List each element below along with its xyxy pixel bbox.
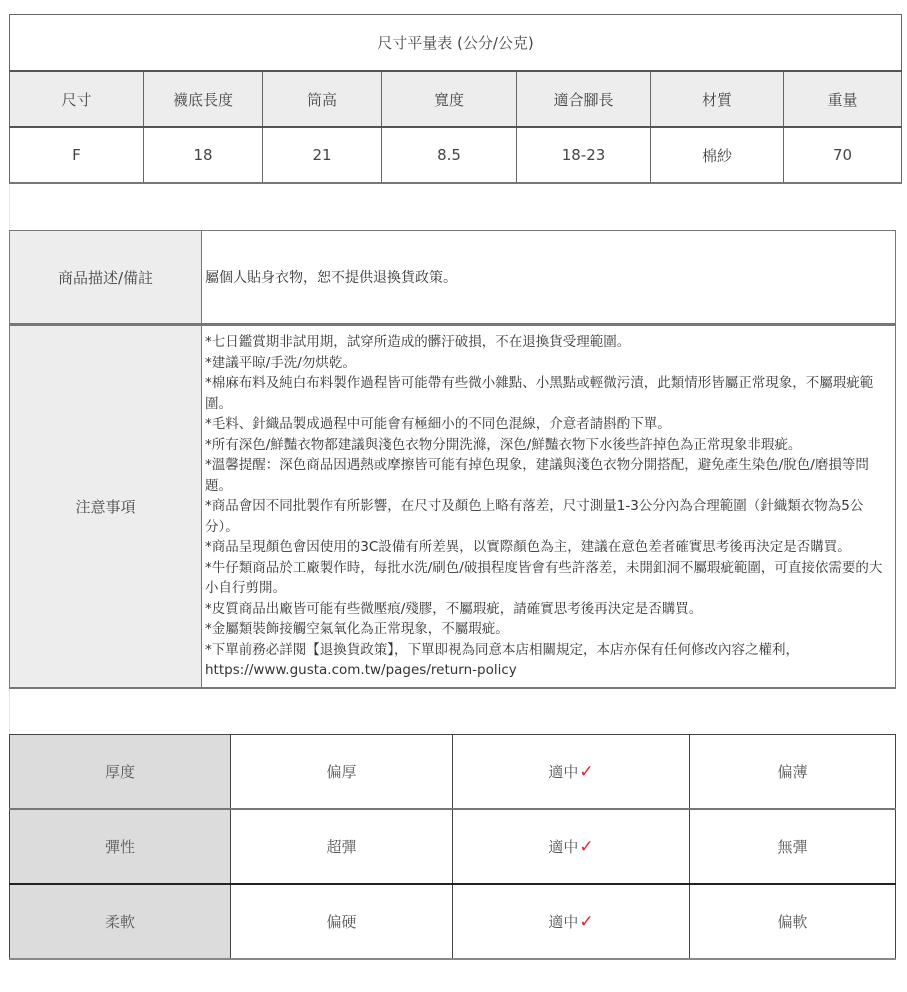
feel-label-softness: 柔軟 bbox=[10, 884, 231, 959]
feel-option: 偏厚 bbox=[231, 734, 453, 809]
table-row: F 18 21 8.5 18-23 棉紗 70 bbox=[10, 127, 902, 183]
feel-option: 超彈 bbox=[231, 809, 453, 884]
checkmark-icon: ✓ bbox=[579, 837, 593, 857]
checkmark-icon: ✓ bbox=[579, 912, 593, 932]
cell-cuff-height: 21 bbox=[263, 127, 382, 183]
header-sole-length: 襪底長度 bbox=[144, 71, 263, 127]
cell-sole-length: 18 bbox=[144, 127, 263, 183]
header-material: 材質 bbox=[651, 71, 784, 127]
feel-option: 無彈 bbox=[690, 809, 896, 884]
header-size: 尺寸 bbox=[10, 71, 144, 127]
note-item: *金屬類裝飾接觸空氣氧化為正常現象，不屬瑕疵。 bbox=[205, 619, 889, 640]
size-chart-title: 尺寸平量表 (公分/公克) bbox=[10, 15, 902, 72]
feel-option-label: 適中 bbox=[548, 838, 578, 856]
note-item: *下單前務必詳閱【退換貨政策】，下單即視為同意本店相關規定，本店亦保有任何修改內… bbox=[205, 640, 889, 661]
note-item: *溫馨提醒：深色商品因遇熱或摩擦皆可能有掉色現象，建議與淺色衣物分開搭配，避免產… bbox=[205, 455, 889, 496]
note-item: *皮質商品出廠皆可能有些微壓痕/殘膠，不屬瑕疵，請確實思考後再決定是否購買。 bbox=[205, 599, 889, 620]
note-item: *毛料、針織品製成過程中可能會有極細小的不同色混線，介意者請斟酌下單。 bbox=[205, 414, 889, 435]
note-item: *商品會因不同批製作有所影響，在尺寸及顏色上略有落差，尺寸測量1-3公分內為合理… bbox=[205, 496, 889, 537]
fabric-feel-table: 厚度 偏厚 適中✓ 偏薄 彈性 超彈 適中✓ 無彈 柔軟 偏硬 適中✓ 偏軟 bbox=[9, 734, 896, 960]
note-item: *建議平晾/手洗/勿烘乾。 bbox=[205, 353, 889, 374]
size-chart-header-row: 尺寸 襪底長度 筒高 寬度 適合腳長 材質 重量 bbox=[10, 71, 902, 127]
notes-label: 注意事項 bbox=[10, 325, 202, 688]
section-spacer bbox=[9, 184, 896, 230]
header-width: 寬度 bbox=[382, 71, 517, 127]
cell-width: 8.5 bbox=[382, 127, 517, 183]
notes-content: *七日鑑賞期非試用期，試穿所造成的髒汙破損，不在退換貨受理範圍。 *建議平晾/手… bbox=[202, 325, 896, 688]
description-label: 商品描述/備註 bbox=[10, 231, 202, 325]
header-cuff-height: 筒高 bbox=[263, 71, 382, 127]
feel-option-selected: 適中✓ bbox=[453, 734, 690, 809]
feel-option-label: 適中 bbox=[548, 763, 578, 781]
note-item: *七日鑑賞期非試用期，試穿所造成的髒汙破損，不在退換貨受理範圍。 bbox=[205, 332, 889, 353]
size-chart-table: 尺寸平量表 (公分/公克) 尺寸 襪底長度 筒高 寬度 適合腳長 材質 重量 F… bbox=[9, 14, 902, 184]
header-weight: 重量 bbox=[784, 71, 902, 127]
note-item: *所有深色/鮮豔衣物都建議與淺色衣物分開洗滌，深色/鮮豔衣物下水後些許掉色為正常… bbox=[205, 435, 889, 456]
feel-label-elasticity: 彈性 bbox=[10, 809, 231, 884]
product-info-page: 尺寸平量表 (公分/公克) 尺寸 襪底長度 筒高 寬度 適合腳長 材質 重量 F… bbox=[9, 14, 896, 960]
note-item: *棉麻布料及純白布料製作過程皆可能帶有些微小雜點、小黑點或輕微污漬，此類情形皆屬… bbox=[205, 373, 889, 414]
feel-label-thickness: 厚度 bbox=[10, 734, 231, 809]
cell-weight: 70 bbox=[784, 127, 902, 183]
notes-table: 商品描述/備註 屬個人貼身衣物，恕不提供退換貨政策。 注意事項 *七日鑑賞期非試… bbox=[9, 230, 896, 689]
description-text: 屬個人貼身衣物，恕不提供退換貨政策。 bbox=[202, 231, 896, 325]
feel-option: 偏薄 bbox=[690, 734, 896, 809]
feel-option-label: 適中 bbox=[548, 913, 578, 931]
note-item: *牛仔類商品於工廠製作時，每批水洗/刷色/破損程度皆會有些許落差，未開釦洞不屬瑕… bbox=[205, 558, 889, 599]
table-row: 厚度 偏厚 適中✓ 偏薄 bbox=[10, 734, 896, 809]
notes-row: 注意事項 *七日鑑賞期非試用期，試穿所造成的髒汙破損，不在退換貨受理範圍。 *建… bbox=[10, 325, 896, 688]
cell-fit-foot-length: 18-23 bbox=[517, 127, 651, 183]
return-policy-link[interactable]: https://www.gusta.com.tw/pages/return-po… bbox=[205, 660, 889, 681]
section-spacer bbox=[9, 689, 896, 734]
cell-material: 棉紗 bbox=[651, 127, 784, 183]
header-fit-foot-length: 適合腳長 bbox=[517, 71, 651, 127]
description-row: 商品描述/備註 屬個人貼身衣物，恕不提供退換貨政策。 bbox=[10, 231, 896, 325]
table-row: 柔軟 偏硬 適中✓ 偏軟 bbox=[10, 884, 896, 959]
feel-option-selected: 適中✓ bbox=[453, 809, 690, 884]
feel-option: 偏軟 bbox=[690, 884, 896, 959]
feel-option: 偏硬 bbox=[231, 884, 453, 959]
note-item: *商品呈現顏色會因使用的3C設備有所差異，以實際顏色為主，建議在意色差者確實思考… bbox=[205, 537, 889, 558]
table-row: 彈性 超彈 適中✓ 無彈 bbox=[10, 809, 896, 884]
feel-option-selected: 適中✓ bbox=[453, 884, 690, 959]
checkmark-icon: ✓ bbox=[579, 762, 593, 782]
cell-size: F bbox=[10, 127, 144, 183]
